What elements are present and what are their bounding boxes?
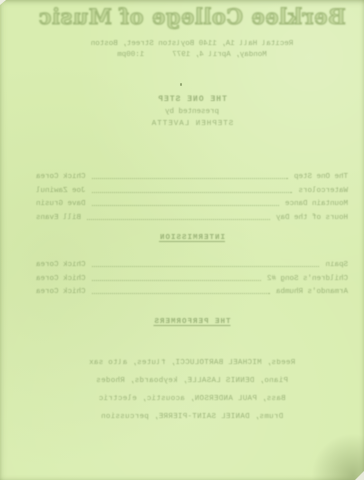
- date-line: Monday, April 4, 19771:00pm: [10, 51, 364, 60]
- song-title: Mountain Dance: [285, 200, 348, 208]
- program-row: Hours of the Day Bill Evans: [36, 214, 348, 222]
- song-title: Children's Song #2: [267, 275, 348, 283]
- personnel-line: Piano, DENNIS LASALLE, keyboards, Rhodes: [10, 372, 364, 390]
- recital-title: THE ONE STEP: [10, 95, 364, 105]
- composer-name: Bill Evans: [36, 214, 81, 222]
- venue-line: Recital Hall 1A, 1140 Boylston Street, B…: [10, 40, 364, 49]
- composer-name: Chick Corea: [36, 288, 86, 296]
- dot-leader: [87, 219, 270, 220]
- personnel-line: Bass, PAUL ANDERSON, acoustic, electric: [10, 390, 364, 408]
- scan-corner-top-left: [0, 0, 6, 5]
- song-title: The One Step: [294, 173, 348, 181]
- intermission-heading: INTERMISSION: [10, 234, 364, 242]
- composer-name: Chick Corea: [36, 173, 86, 181]
- dot-leader: [92, 205, 279, 206]
- song-title: Watercolors: [298, 187, 348, 195]
- composer-name: Joe Zawinul: [36, 187, 86, 195]
- personnel-line: Reeds, MICHAEL BARTOLUCCI, flutes, alto …: [10, 354, 364, 372]
- scan-corner-bottom-right: [355, 471, 364, 480]
- program-row: Watercolors Joe Zawinul: [36, 187, 348, 195]
- program-row: Children's Song #2 Chick Corea: [36, 275, 348, 283]
- dot-leader: [92, 280, 261, 281]
- bleed-through-layer: Berklee College of Music Recital Hall 1A…: [10, 0, 364, 480]
- program-row: Mountain Dance Dave Grusin: [36, 200, 348, 208]
- dot-leader: [92, 192, 293, 193]
- song-title: Hours of the Day: [276, 214, 348, 222]
- personnel-list: Reeds, MICHAEL BARTOLUCCI, flutes, alto …: [10, 354, 364, 426]
- program-first-half: The One Step Chick Corea Watercolors Joe…: [36, 173, 348, 227]
- program-row: The One Step Chick Corea: [36, 173, 348, 181]
- song-title: Armando's Rhumba: [276, 288, 348, 296]
- composer-name: Dave Grusin: [36, 200, 86, 208]
- composer-name: Chick Corea: [36, 261, 86, 269]
- performers-heading: THE PERFORMERS: [10, 318, 364, 326]
- presented-by-label: presented by: [10, 108, 364, 117]
- dot-leader: [92, 178, 288, 179]
- concert-time: 1:00pm: [117, 51, 144, 59]
- program-row: Spain Chick Corea: [36, 261, 348, 269]
- composer-name: Chick Corea: [36, 275, 86, 283]
- presenter-name: STEPHEN LAVETTA: [10, 120, 364, 129]
- document-page: Berklee College of Music Recital Hall 1A…: [0, 0, 364, 480]
- dot-leader: [92, 266, 320, 267]
- song-title: Spain: [325, 261, 348, 269]
- concert-date: Monday, April 4, 1977: [172, 51, 267, 59]
- program-second-half: Spain Chick Corea Children's Song #2 Chi…: [36, 261, 348, 302]
- title-block: THE ONE STEP presented by STEPHEN LAVETT…: [10, 95, 364, 129]
- personnel-line: Drums, DANIEL SAINT-PIERRE, percussion: [10, 408, 364, 426]
- ink-speck: [180, 83, 182, 86]
- dot-leader: [92, 293, 270, 294]
- berklee-logo: Berklee College of Music: [10, 5, 364, 29]
- program-row: Armando's Rhumba Chick Corea: [36, 288, 348, 296]
